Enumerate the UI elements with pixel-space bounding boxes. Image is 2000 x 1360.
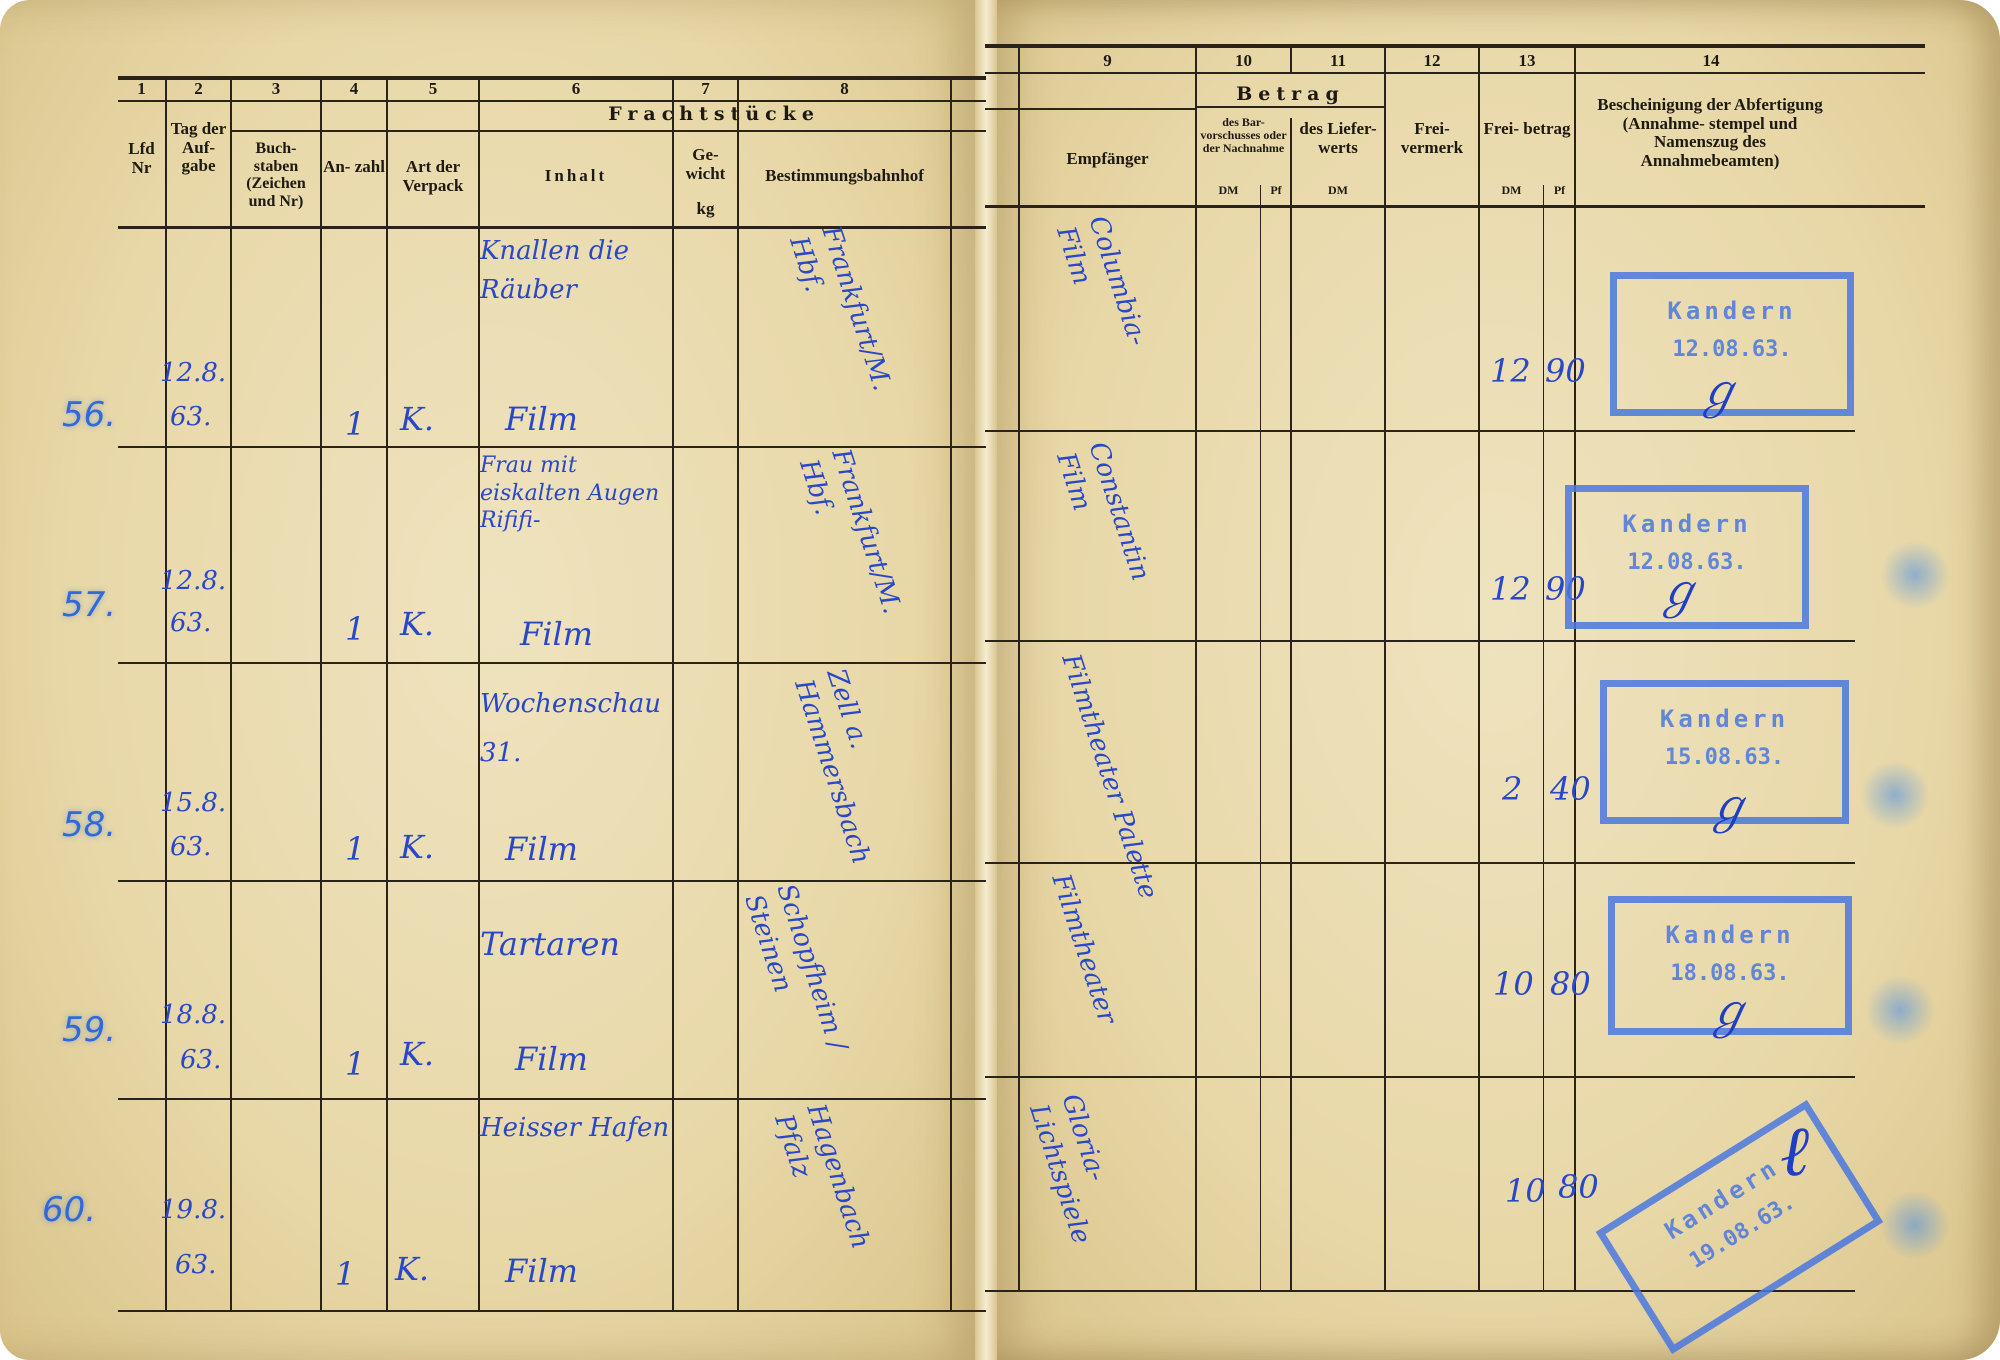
header-freivermerk: Frei- vermerk xyxy=(1386,120,1478,157)
col-number-2: 2 xyxy=(167,80,230,99)
col-number-7: 7 xyxy=(674,80,737,99)
header-freibetrag-dm: DM xyxy=(1480,184,1543,197)
header-barvorschuss-pf: Pf xyxy=(1262,184,1290,197)
entry-inhalt-title: Frau mit eiskalten Augen Rififi- xyxy=(480,452,670,535)
stamp-town: Kandern xyxy=(1607,705,1842,733)
header-tag-der-aufgabe: Tag der Auf- gabe xyxy=(167,120,230,176)
header-inhalt: Inhalt xyxy=(480,167,672,186)
col-number-3: 3 xyxy=(232,80,320,99)
col-number-14: 14 xyxy=(1576,52,1846,71)
stamp-town: Kandern xyxy=(1572,510,1802,538)
col-number-12: 12 xyxy=(1386,52,1478,71)
col-number-8: 8 xyxy=(739,80,950,99)
book-spine xyxy=(975,0,997,1360)
official-signature: ℊ xyxy=(1655,555,1701,621)
entry-date-year: 63. xyxy=(170,608,211,638)
entry-anzahl: 1 xyxy=(335,1255,355,1293)
ink-smudge xyxy=(1880,540,1950,610)
entry-inhalt-type: Film xyxy=(505,400,578,438)
entry-date-year: 63. xyxy=(170,832,211,862)
header-barvorschuss-dm: DM xyxy=(1197,184,1260,197)
entry-verpack: K. xyxy=(400,828,434,866)
entry-date-day: 18.8. xyxy=(160,1000,226,1030)
header-anzahl: An- zahl xyxy=(322,158,386,177)
official-signature: ℊ xyxy=(1705,975,1751,1041)
entry-date-year: 63. xyxy=(180,1045,221,1075)
entry-inhalt-title: Wochenschau 31. xyxy=(480,680,670,779)
col-number-1: 1 xyxy=(118,80,165,99)
entry-inhalt-type: Film xyxy=(520,615,593,653)
ink-smudge xyxy=(1865,975,1935,1045)
entry-verpack: K. xyxy=(400,400,434,438)
entry-freibetrag-pf: 80 xyxy=(1558,1168,1599,1206)
header-buchstaben: Buch- staben (Zeichen und Nr) xyxy=(232,140,320,210)
header-freibetrag-pf: Pf xyxy=(1545,184,1574,197)
entry-freibetrag-pf: 80 xyxy=(1550,965,1591,1003)
entry-freibetrag-dm: 12 xyxy=(1490,570,1531,608)
col-number-4: 4 xyxy=(322,80,386,99)
header-gewicht-unit: kg xyxy=(674,200,737,219)
col-number-5: 5 xyxy=(388,80,478,99)
col-number-11: 11 xyxy=(1292,52,1384,71)
entry-freibetrag-dm: 12 xyxy=(1490,352,1531,390)
entry-inhalt-title: Knallen die Räuber xyxy=(480,232,670,310)
official-signature: ℊ xyxy=(1705,770,1751,836)
group-header-frachtstuecke: Frachtstücke xyxy=(232,104,950,125)
entry-freibetrag-dm: 2 xyxy=(1502,770,1522,808)
entry-inhalt-type: Film xyxy=(505,1252,578,1290)
entry-anzahl: 1 xyxy=(345,830,365,868)
header-bescheinigung: Bescheinigung der Abfertigung (Annahme- … xyxy=(1590,96,1830,171)
entry-inhalt-title: Tartaren xyxy=(480,925,620,963)
entry-date-day: 15.8. xyxy=(160,788,226,818)
entry-anzahl: 1 xyxy=(345,610,365,648)
entry-verpack: K. xyxy=(395,1250,429,1288)
entry-lfd-nr: 58. xyxy=(62,805,116,845)
freight-ledger-book: 1 2 3 4 5 6 7 8 Frachtstücke Lfd Nr Tag … xyxy=(0,0,2000,1360)
ink-smudge xyxy=(1880,1190,1950,1260)
header-art-der-verpack: Art der Verpack xyxy=(388,158,478,195)
entry-lfd-nr: 60. xyxy=(42,1190,96,1230)
entry-freibetrag-dm: 10 xyxy=(1505,1172,1546,1210)
header-gewicht: Ge- wicht xyxy=(674,146,737,183)
entry-verpack: K. xyxy=(400,1035,434,1073)
entry-lfd-nr: 59. xyxy=(62,1010,116,1050)
header-barvorschuss: des Bar- vorschusses oder der Nachnahme xyxy=(1197,116,1290,156)
col-number-6: 6 xyxy=(480,80,672,99)
entry-inhalt-title: Heisser Hafen xyxy=(480,1108,670,1150)
stamp-date: 15.08.63. xyxy=(1607,745,1842,770)
col-number-13: 13 xyxy=(1480,52,1574,71)
header-lieferwert-dm: DM xyxy=(1292,184,1384,197)
entry-date-day: 19.8. xyxy=(160,1195,226,1225)
col-number-9: 9 xyxy=(1020,52,1195,71)
col-number-10: 10 xyxy=(1197,52,1290,71)
entry-lfd-nr: 56. xyxy=(62,395,116,435)
entry-verpack: K. xyxy=(400,605,434,643)
entry-freibetrag-pf: 90 xyxy=(1545,352,1586,390)
official-signature: ℓ xyxy=(1780,1110,1809,1193)
entry-freibetrag-pf: 40 xyxy=(1550,770,1591,808)
header-freibetrag: Frei- betrag xyxy=(1480,120,1574,139)
entry-freibetrag-dm: 10 xyxy=(1493,965,1534,1003)
entry-date-year: 63. xyxy=(170,402,211,432)
entry-inhalt-type: Film xyxy=(505,830,578,868)
stamp-town: Kandern xyxy=(1615,921,1845,949)
entry-anzahl: 1 xyxy=(345,1045,365,1083)
entry-lfd-nr: 57. xyxy=(62,585,116,625)
entry-inhalt-type: Film xyxy=(515,1040,588,1078)
entry-anzahl: 1 xyxy=(345,405,365,443)
header-lfd-nr: Lfd Nr xyxy=(118,140,165,177)
header-empfaenger: Empfänger xyxy=(1020,150,1195,169)
stamp-town: Kandern xyxy=(1617,297,1847,325)
entry-date-year: 63. xyxy=(175,1250,216,1280)
ink-smudge xyxy=(1860,760,1930,830)
entry-date-day: 12.8. xyxy=(160,358,226,388)
official-signature: ℊ xyxy=(1695,355,1741,421)
entry-date-day: 12.8. xyxy=(160,566,226,596)
group-header-betrag: Betrag xyxy=(1197,84,1384,105)
header-bestimmungsbahnhof: Bestimmungsbahnhof xyxy=(739,167,950,186)
header-lieferwert: des Liefer- werts xyxy=(1292,120,1384,157)
